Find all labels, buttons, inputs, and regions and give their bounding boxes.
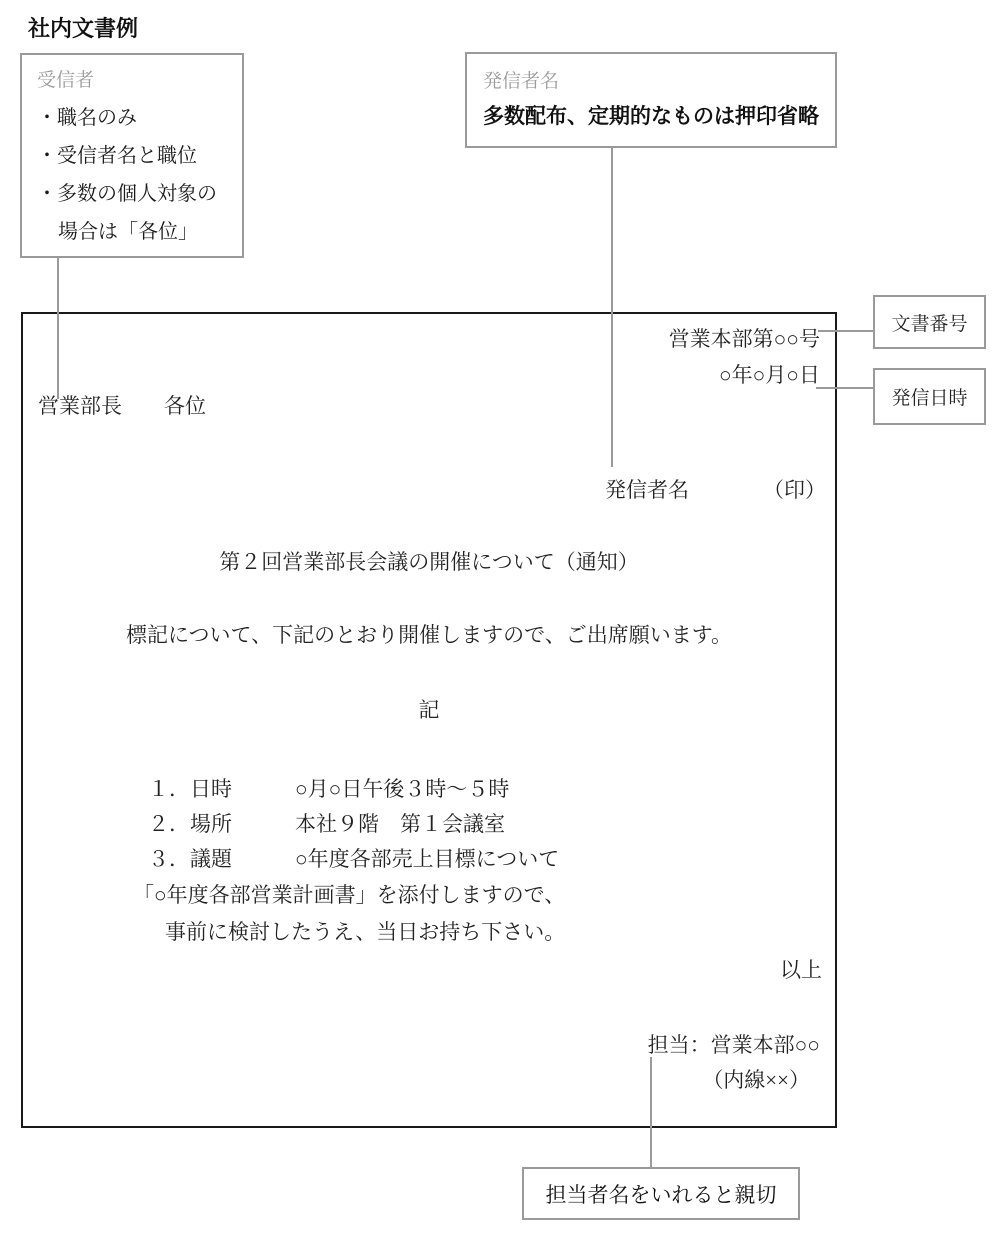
item-label: １．日時 xyxy=(148,772,295,807)
sender-callout-box: 発信者名 多数配布、定期的なものは押印省略 xyxy=(465,52,837,148)
document-contact: 担当：営業本部○○ xyxy=(648,1032,820,1059)
document-closing: 以上 xyxy=(780,957,822,984)
document-subject: 第２回営業部長会議の開催について（通知） xyxy=(23,549,835,576)
receiver-callout-item: ・受信者名と職位 xyxy=(37,137,236,175)
item-value: ○月○日午後３時～５時 xyxy=(295,777,509,801)
list-item: １．日時○月○日午後３時～５時 xyxy=(148,772,559,807)
sender-callout-note: 多数配布、定期的なものは押印省略 xyxy=(483,98,835,136)
document-attachment-note-line2: 事前に検討したうえ、当日お持ち下さい。 xyxy=(165,919,565,946)
contact-callout-box: 担当者名をいれると親切 xyxy=(522,1167,800,1220)
item-value: 本社９階 第１会議室 xyxy=(295,812,505,836)
document-record-marker: 記 xyxy=(23,697,835,724)
receiver-callout-box: 受信者 ・職名のみ ・受信者名と職位 ・多数の個人対象の 場合は「各位」 xyxy=(20,53,244,258)
document-seal-mark: （印） xyxy=(763,477,826,504)
connector-line-contact xyxy=(650,1057,652,1168)
document-date: ○年○月○日 xyxy=(719,362,820,389)
list-item: ２．場所本社９階 第１会議室 xyxy=(148,807,559,842)
document-extension: （内線××） xyxy=(702,1067,810,1094)
document-recipient: 営業部長 各位 xyxy=(38,393,206,420)
document-sheet: 営業本部第○○号 ○年○月○日 営業部長 各位 発信者名 （印） 第２回営業部長… xyxy=(21,312,837,1128)
receiver-callout-item: ・多数の個人対象の xyxy=(37,175,236,213)
page-root: 社内文書例 営業本部第○○号 ○年○月○日 営業部長 各位 発信者名 （印） 第… xyxy=(0,0,1000,1243)
doc-number-label-box: 文書番号 xyxy=(873,295,986,349)
receiver-callout-item: ・職名のみ xyxy=(37,99,236,137)
connector-line-doc-number xyxy=(818,330,874,332)
page-title: 社内文書例 xyxy=(28,12,138,43)
sender-callout-label: 発信者名 xyxy=(483,66,835,98)
document-item-list: １．日時○月○日午後３時～５時 ２．場所本社９階 第１会議室 ３．議題○年度各部… xyxy=(148,772,559,877)
item-label: ２．場所 xyxy=(148,807,295,842)
document-attachment-note-line1: 「○年度各部営業計画書」を添付しますので、 xyxy=(133,882,565,909)
connector-line-send-date xyxy=(816,387,874,389)
connector-line-receiver xyxy=(57,257,59,399)
connector-line-sender xyxy=(611,147,613,467)
document-number: 営業本部第○○号 xyxy=(669,326,820,353)
list-item: ３．議題○年度各部売上目標について xyxy=(148,842,559,877)
send-date-label-box: 発信日時 xyxy=(873,368,986,425)
item-label: ３．議題 xyxy=(148,842,295,877)
document-sender-name: 発信者名 xyxy=(605,477,689,504)
document-greeting: 標記について、下記のとおり開催しますので、ご出席願います。 xyxy=(23,622,835,649)
receiver-callout-item: 場合は「各位」 xyxy=(37,213,236,251)
receiver-callout-label: 受信者 xyxy=(37,63,236,99)
item-value: ○年度各部売上目標について xyxy=(295,847,559,871)
